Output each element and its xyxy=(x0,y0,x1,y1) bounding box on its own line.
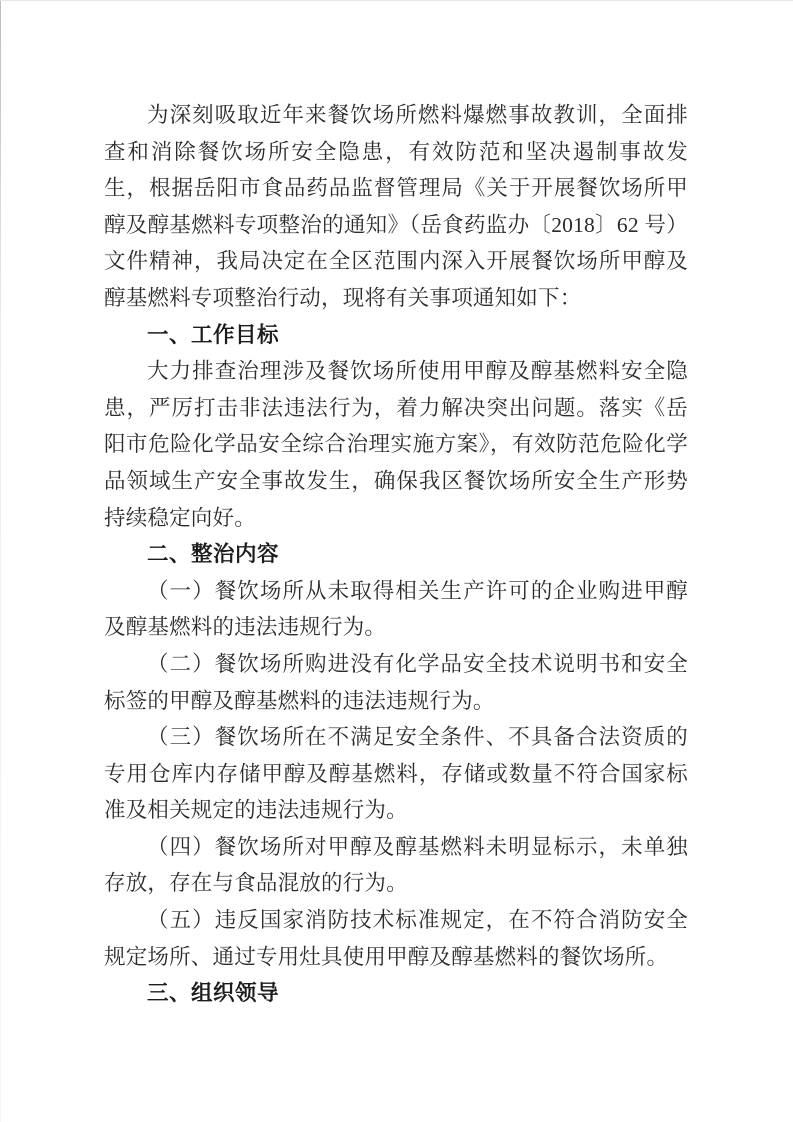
body-paragraph: 为深刻吸取近年来餐饮场所燃料爆燃事故教训，全面排查和消除餐饮场所安全隐患，有效防… xyxy=(104,97,688,317)
body-paragraph: （一）餐饮场所从未取得相关生产许可的企业购进甲醇及醇基燃料的违法违规行为。 xyxy=(104,573,688,646)
body-paragraph: （五）违反国家消防技术标准规定，在不符合消防安全规定场所、通过专用灶具使用甲醇及… xyxy=(104,902,688,975)
section-heading: 三、组织领导 xyxy=(104,975,688,1012)
body-paragraph: （二）餐饮场所购进没有化学品安全技术说明书和安全标签的甲醇及醇基燃料的违法违规行… xyxy=(104,646,688,719)
body-paragraph: （四）餐饮场所对甲醇及醇基燃料未明显标示，未单独存放，存在与食品混放的行为。 xyxy=(104,829,688,902)
document-page: { "page": { "background": "#ffffff", "te… xyxy=(0,0,793,1122)
section-heading: 二、整治内容 xyxy=(104,536,688,573)
document-text-block: 为深刻吸取近年来餐饮场所燃料爆燃事故教训，全面排查和消除餐饮场所安全隐患，有效防… xyxy=(104,97,688,1012)
body-paragraph: （三）餐饮场所在不满足安全条件、不具备合法资质的专用仓库内存储甲醇及醇基燃料，存… xyxy=(104,719,688,829)
scan-edge-artifact xyxy=(0,1,1,1122)
body-paragraph: 大力排查治理涉及餐饮场所使用甲醇及醇基燃料安全隐患，严厉打击非法违法行为，着力解… xyxy=(104,353,688,536)
section-heading: 一、工作目标 xyxy=(104,317,688,354)
